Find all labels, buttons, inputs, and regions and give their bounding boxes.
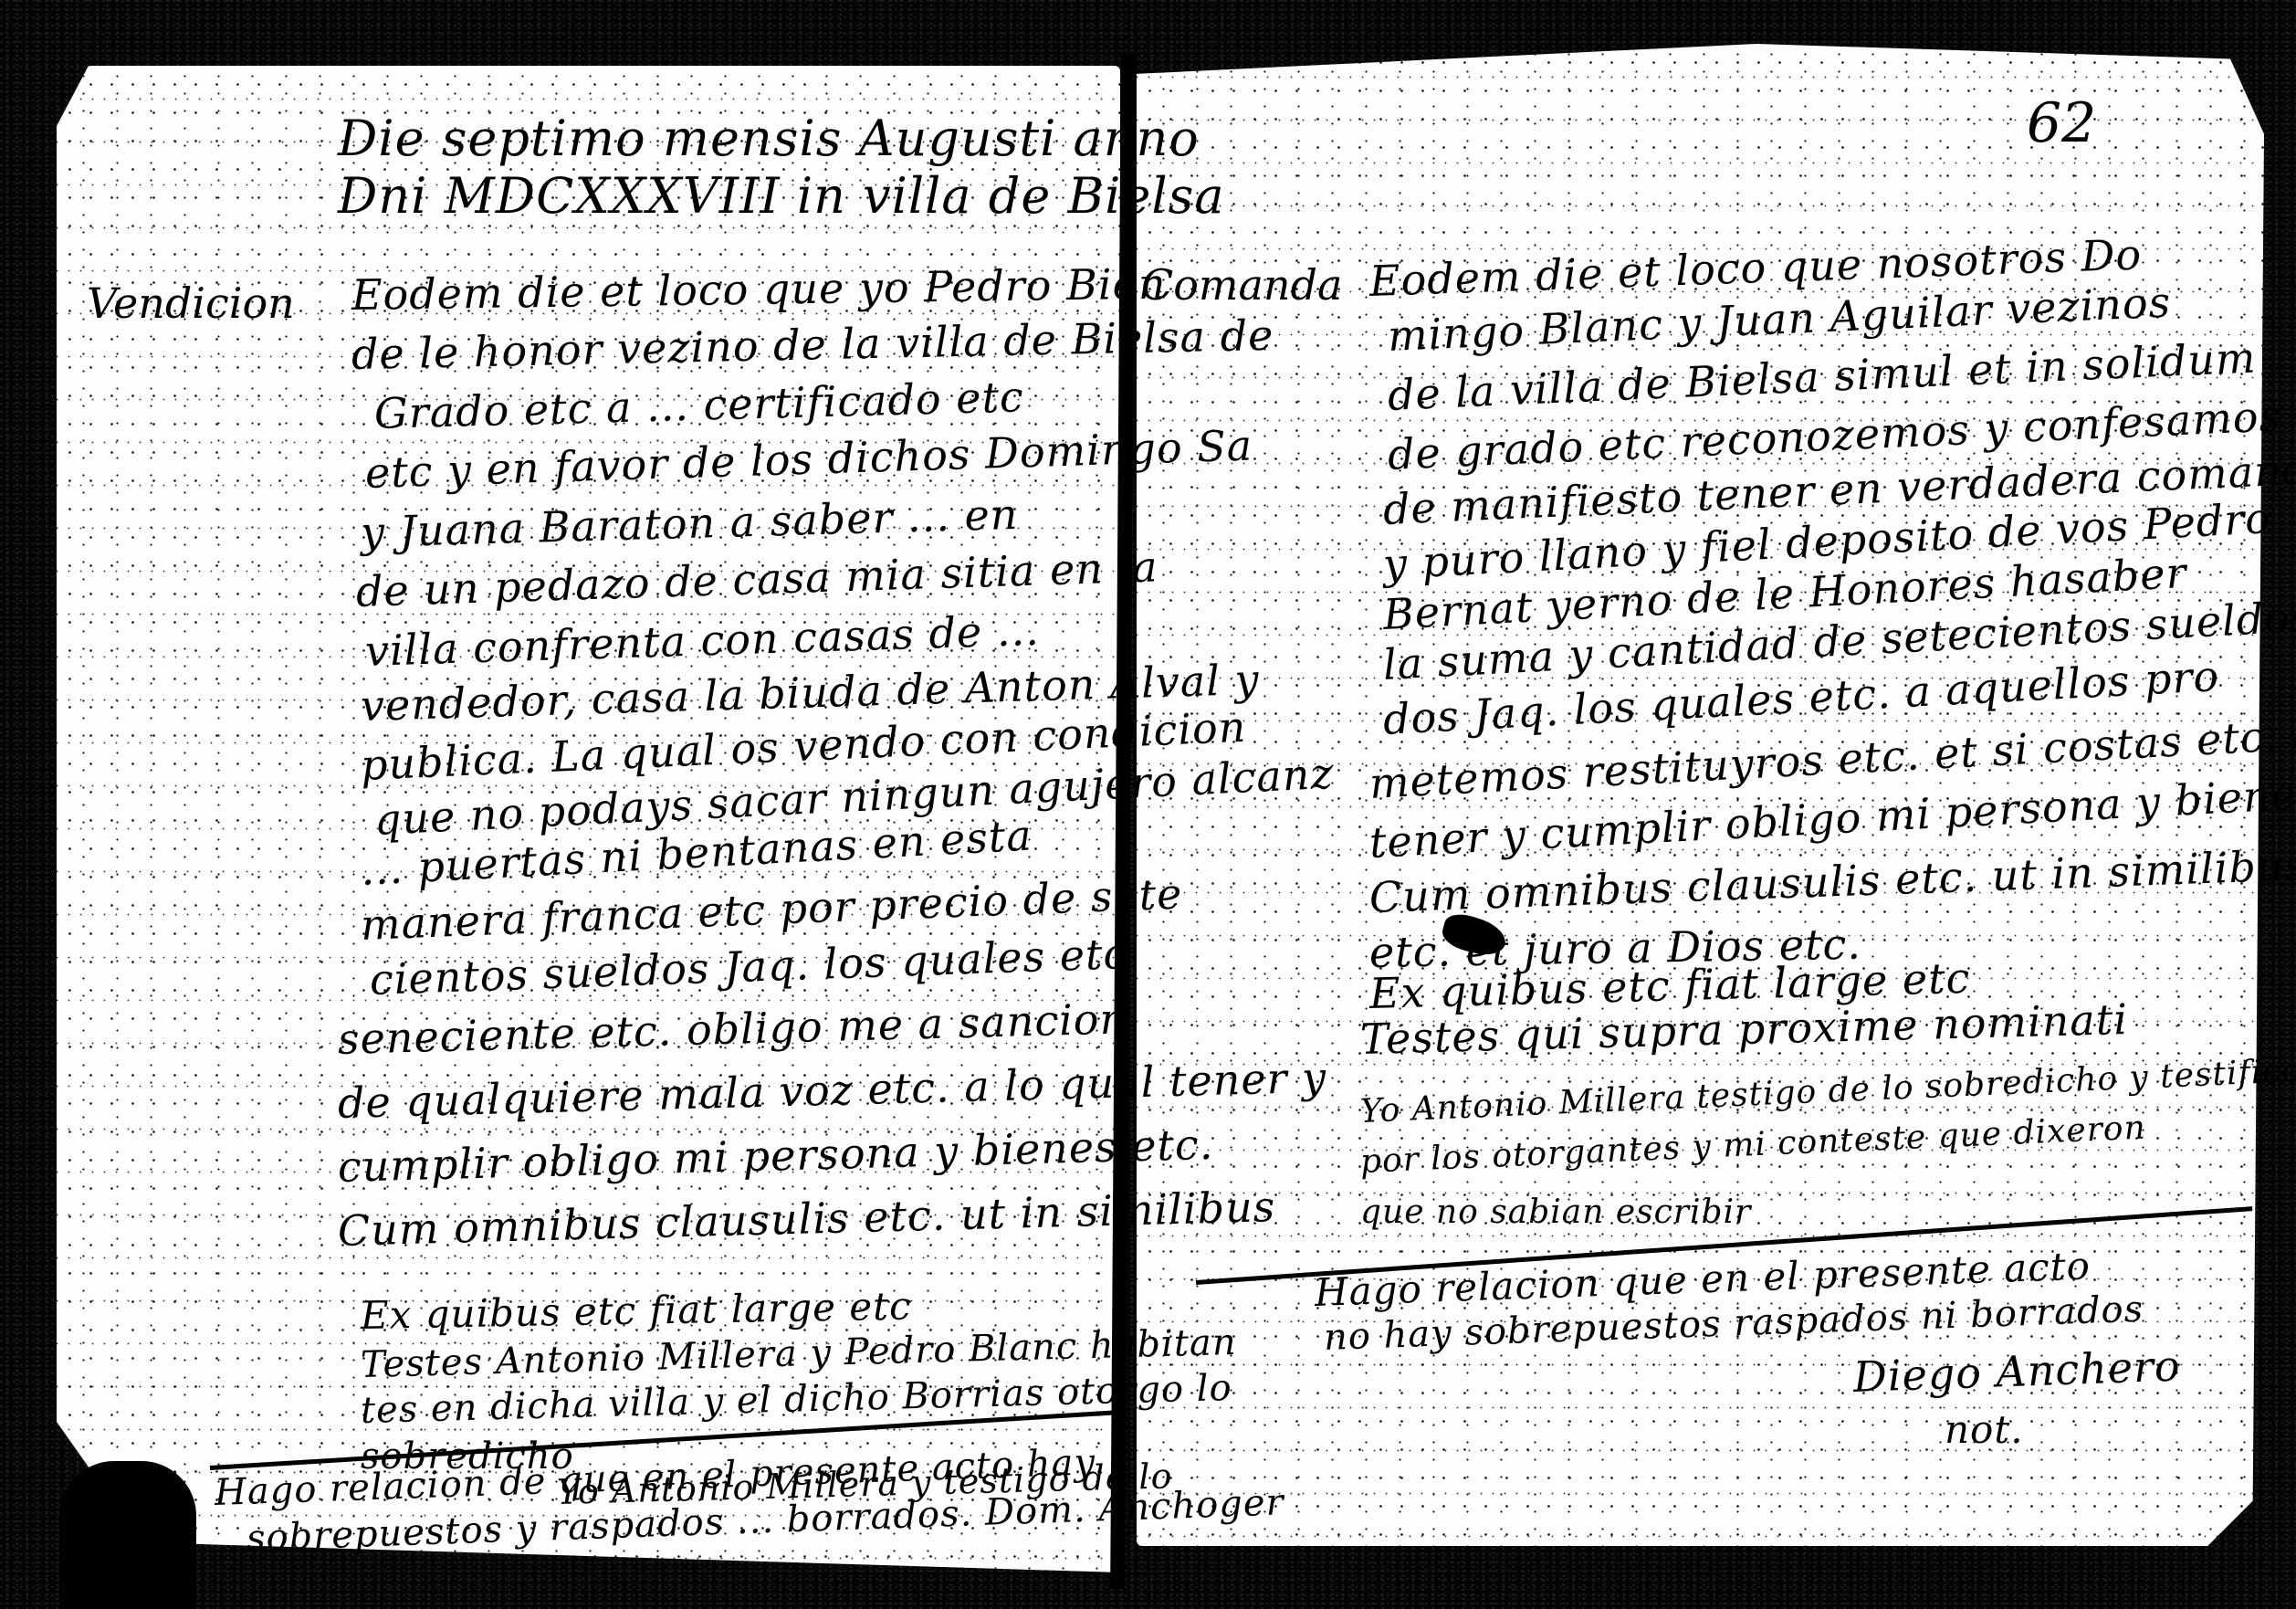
notary-signature-title: not.	[1945, 1411, 2024, 1449]
left-heading-line: Dni MDCXXXVIII in villa de Bielsa	[338, 172, 1225, 221]
left-closing-line: Ex quibus etc fiat large etc	[361, 1287, 912, 1335]
right-margin-note: Comanda	[1141, 260, 1342, 310]
right-closing-line: que no sabian escribir	[1360, 1196, 1751, 1229]
page-corner-shadow	[59, 1461, 196, 1609]
manuscript-scan: Die septimo mensis Augusti anno Dni MDCX…	[0, 0, 2296, 1609]
left-body-line: Eodem die et loco que yo Pedro Bien	[351, 263, 1167, 316]
left-margin-note: Vendicion	[87, 279, 295, 328]
left-heading-line: Die septimo mensis Augusti anno	[338, 114, 1200, 163]
folio-number: 62	[2027, 91, 2096, 155]
notary-signature: Diego Anchero	[1852, 1344, 2181, 1397]
